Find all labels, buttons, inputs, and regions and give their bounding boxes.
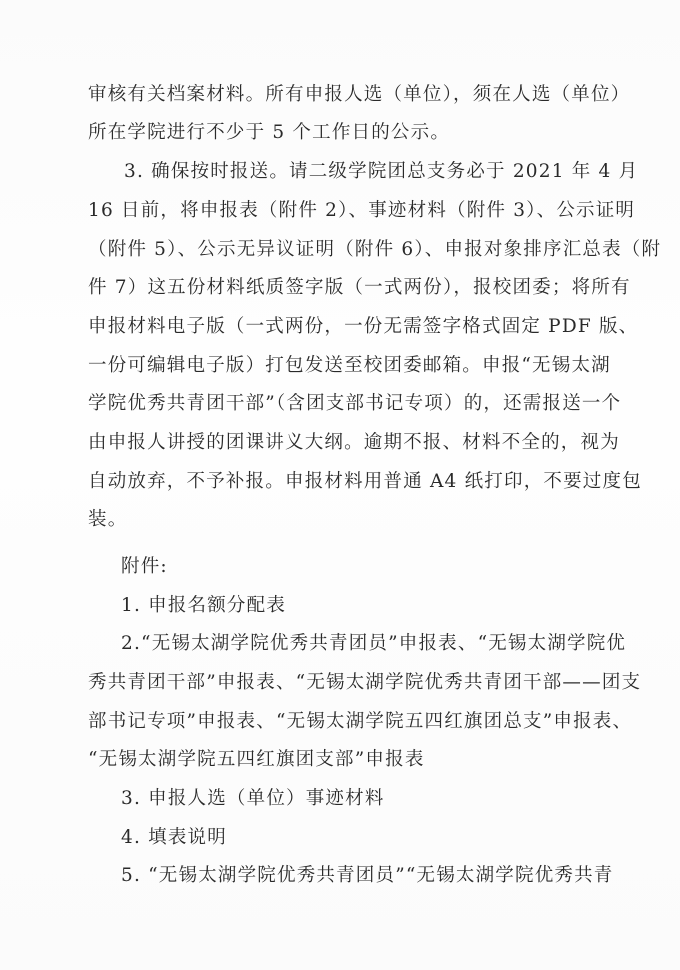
paragraph-line: 申报材料电子版（一式两份，一份无需签字格式固定 PDF 版、 [88,315,608,339]
attachment-item-continuation: 部书记专项”申报表、“无锡太湖学院五四红旗团总支”申报表、 [88,710,608,734]
paragraph-line: 学院优秀共青团干部”（含团支部书记专项）的，还需报送一个 [88,392,608,416]
paragraph-line: 16 日前，将申报表（附件 2）、事迹材料（附件 3）、公示证明 [88,199,608,223]
paragraph-line: 由申报人讲授的团课讲义大纲。逾期不报、材料不全的，视为 [88,431,608,455]
attachment-item: 3. 申报人选（单位）事迹材料 [121,787,608,811]
paragraph-line: 一份可编辑电子版）打包发送至校团委邮箱。申报“无锡太湖 [88,354,608,378]
paragraph-line: （附件 5）、公示无异议证明（附件 6）、申报对象排序汇总表（附 [88,238,608,262]
attachment-item: 5. “无锡太湖学院优秀共青团员”“无锡太湖学院优秀共青 [121,864,608,888]
paragraph-line: 件 7）这五份材料纸质签字版（一式两份），报校团委；将所有 [88,276,608,300]
paragraph-line: 所在学院进行不少于 5 个工作日的公示。 [88,121,608,145]
paragraph-line: 装。 [88,508,608,532]
attachment-item-continuation: 秀共青团干部”申报表、“无锡太湖学院优秀共青团干部——团支 [88,671,608,695]
paragraph-line: 3. 确保按时报送。请二级学院团总支务必于 2021 年 4 月 [124,160,608,184]
paragraph-line: 审核有关档案材料。所有申报人选（单位），须在人选（单位） [88,83,608,107]
document-page: 审核有关档案材料。所有申报人选（单位），须在人选（单位） 所在学院进行不少于 5… [0,0,680,970]
attachment-item: 4. 填表说明 [121,826,608,850]
attachments-heading: 附件: [121,555,608,579]
attachment-item-continuation: “无锡太湖学院五四红旗团支部”申报表 [88,748,608,772]
paragraph-line: 自动放弃，不予补报。申报材料用普通 A4 纸打印，不要过度包 [88,470,608,494]
attachment-item: 2.“无锡太湖学院优秀共青团员”申报表、“无锡太湖学院优 [121,632,608,656]
attachment-item: 1. 申报名额分配表 [121,594,608,618]
